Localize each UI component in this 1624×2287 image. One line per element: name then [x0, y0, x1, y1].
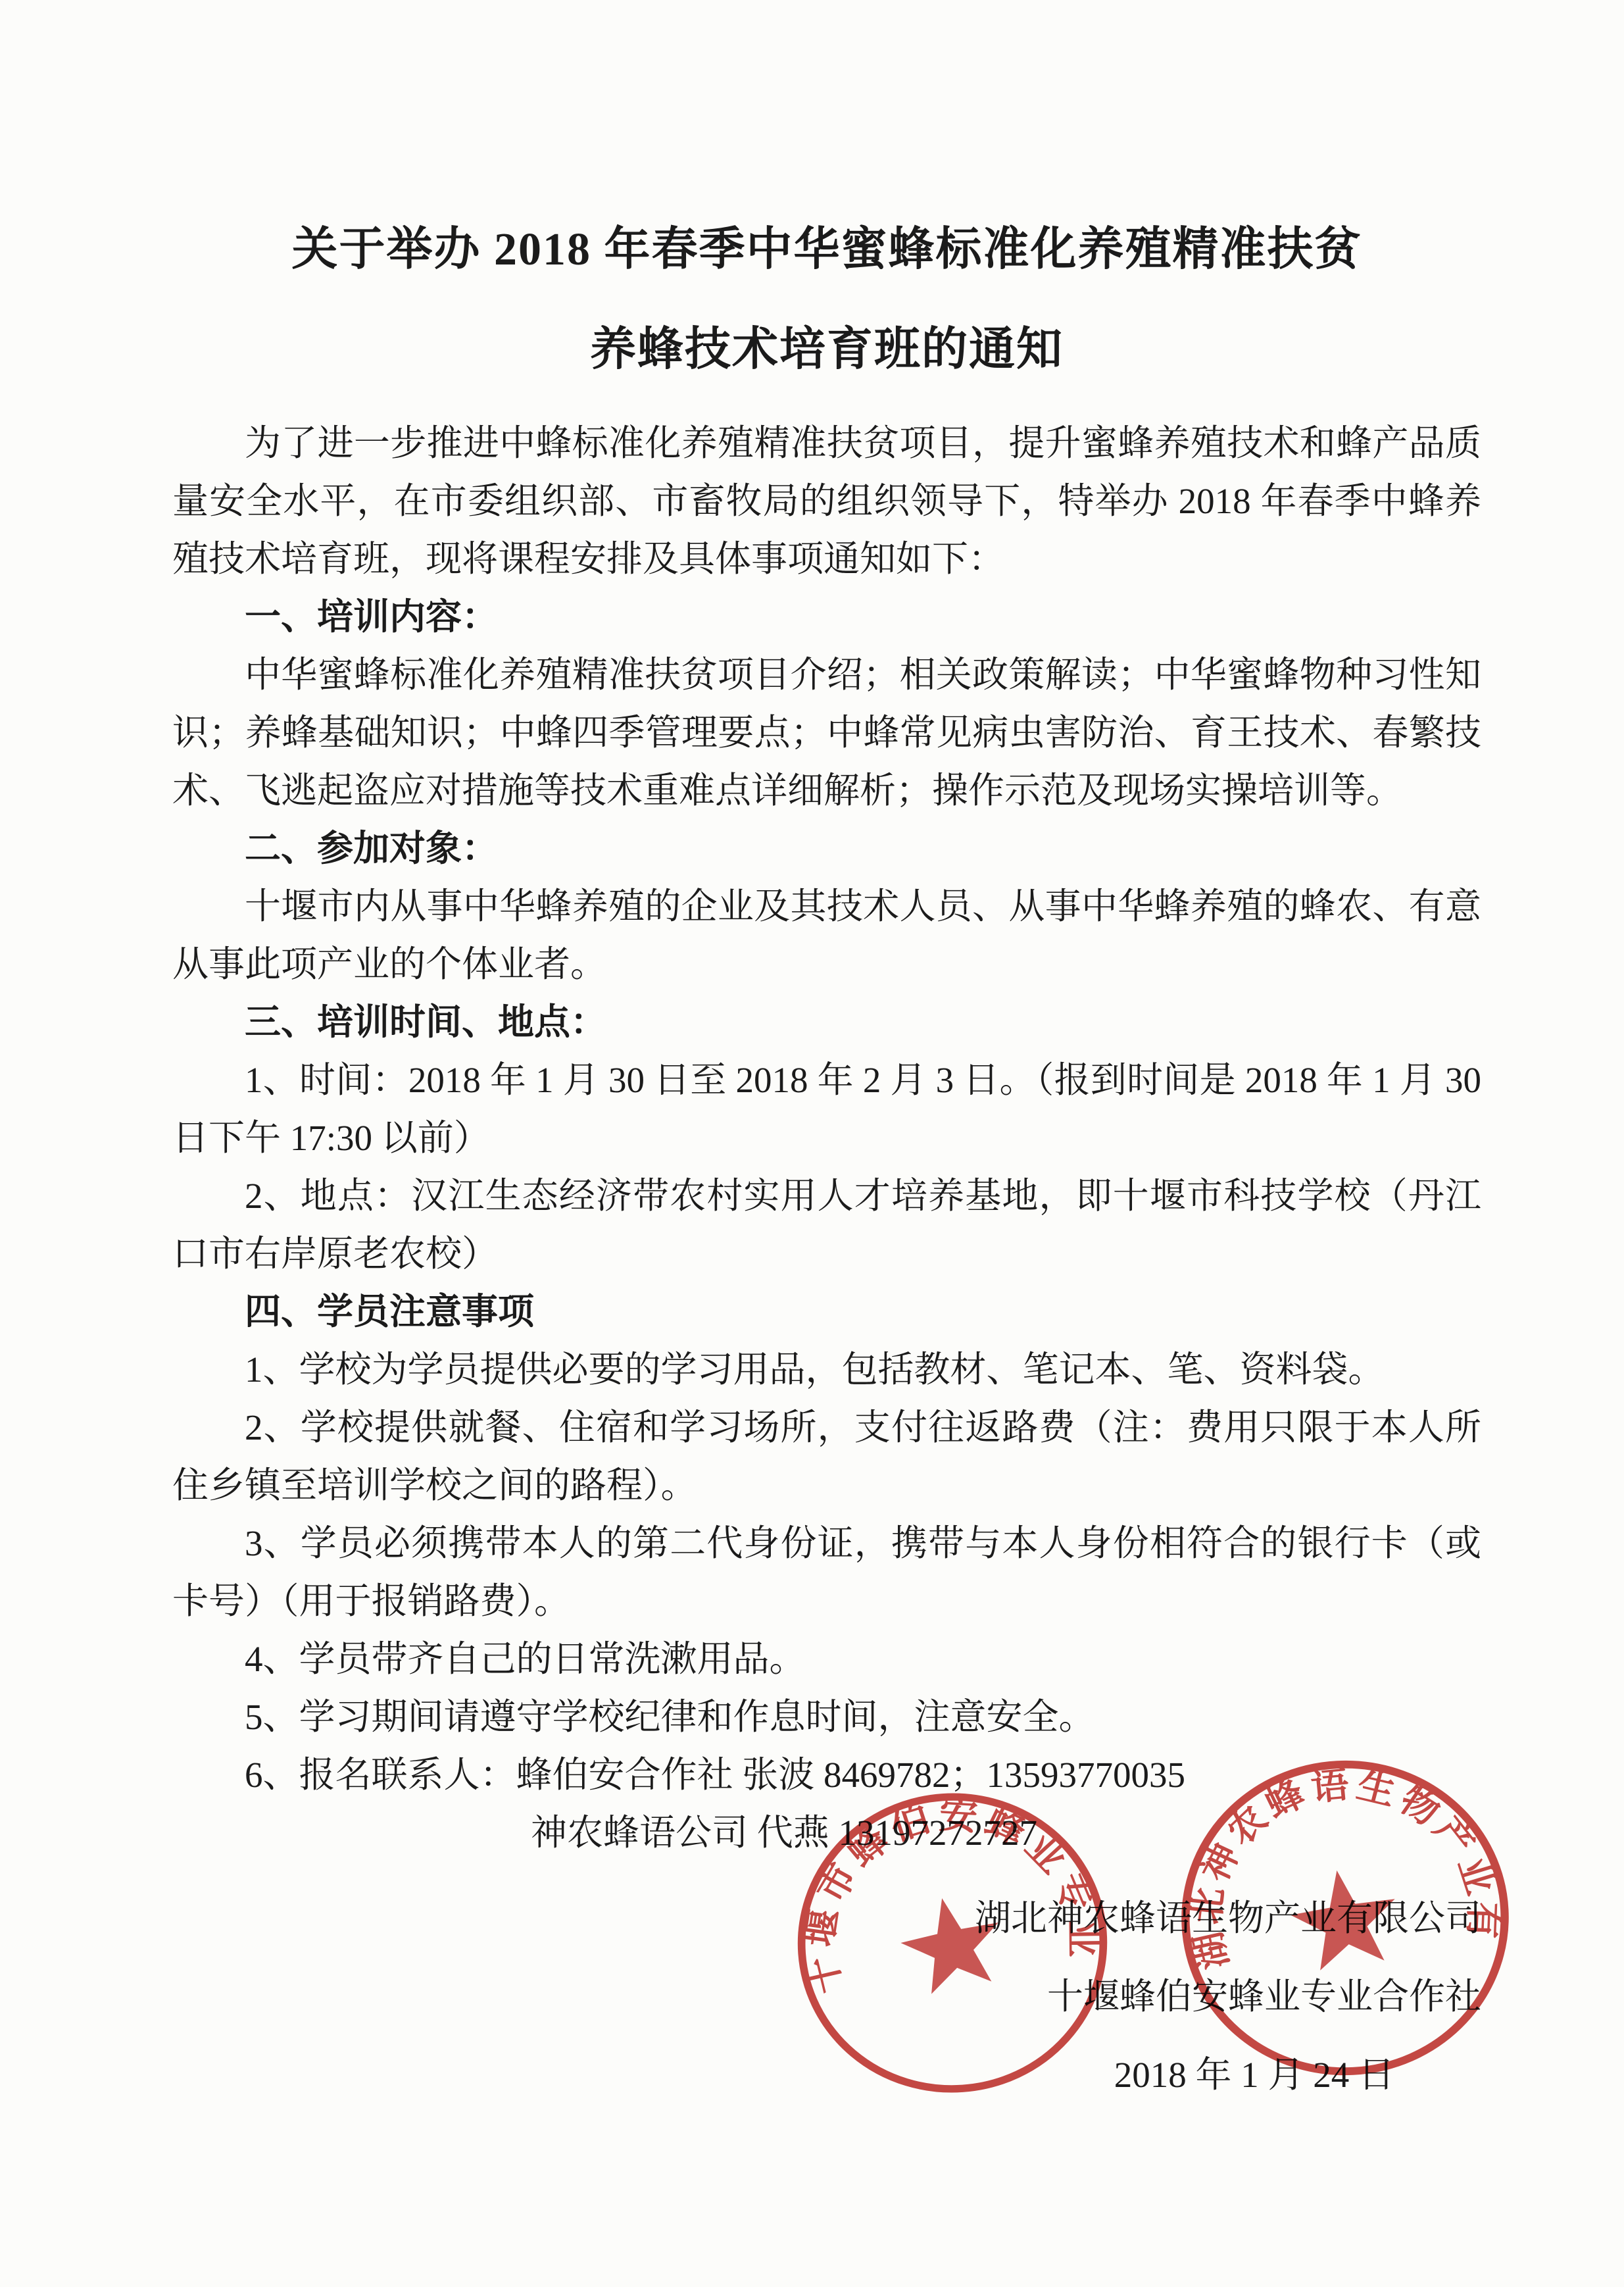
signature-date-row: 2018 年 1 月 24 日 [172, 2036, 1481, 2114]
section-1-paragraph: 中华蜜蜂标准化养殖精准扶贫项目介绍；相关政策解读；中华蜜蜂物种习性知识；养蜂基础… [172, 646, 1481, 820]
section-4-note-3: 3、学员必须携带本人的第二代身份证，携带与本人身份相符合的银行卡（或卡号）（用于… [172, 1515, 1481, 1630]
signature-company: 湖北神农蜂语生物产业有限公司 [172, 1879, 1481, 1957]
contact-second-line: 神农蜂语公司 代燕 13197272727 [172, 1804, 1481, 1862]
section-4-note-4: 4、学员带齐自己的日常洗漱用品。 [172, 1630, 1481, 1688]
section-3-item-time: 1、时间：2018 年 1 月 30 日至 2018 年 2 月 3 日。（报到… [172, 1051, 1481, 1167]
intro-paragraph: 为了进一步推进中蜂标准化养殖精准扶贫项目，提升蜜蜂养殖技术和蜂产品质量安全水平，… [172, 415, 1481, 588]
section-2-paragraph: 十堰市内从事中华蜂养殖的企业及其技术人员、从事中华蜂养殖的蜂农、有意从事此项产业… [172, 878, 1481, 993]
section-4-note-5: 5、学习期间请遵守学校纪律和作息时间，注意安全。 [172, 1688, 1481, 1746]
signature-block: 湖北神农蜂语生物产业有限公司 十堰蜂伯安蜂业专业合作社 2018 年 1 月 2… [172, 1879, 1481, 2114]
document-title-line-2: 养蜂技术培育班的通知 [172, 309, 1481, 391]
section-3-item-place: 2、地点：汉江生态经济带农村实用人才培养基地，即十堰市科技学校（丹江口市右岸原老… [172, 1167, 1481, 1283]
section-4-note-6-contact: 6、报名联系人：蜂伯安合作社 张波 8469782；13593770035 [172, 1746, 1481, 1804]
section-4-note-2: 2、学校提供就餐、住宿和学习场所，支付往返路费（注：费用只限于本人所住乡镇至培训… [172, 1399, 1481, 1515]
section-1-heading: 一、培训内容： [172, 588, 1481, 646]
notice-document-page: 关于举办 2018 年春季中华蜜蜂标准化养殖精准扶贫 养蜂技术培育班的通知 为了… [0, 0, 1624, 2287]
document-content: 关于举办 2018 年春季中华蜜蜂标准化养殖精准扶贫 养蜂技术培育班的通知 为了… [172, 0, 1481, 2114]
section-4-note-1: 1、学校为学员提供必要的学习用品，包括教材、笔记本、笔、资料袋。 [172, 1341, 1481, 1399]
document-body: 为了进一步推进中蜂标准化养殖精准扶贫项目，提升蜜蜂养殖技术和蜂产品质量安全水平，… [172, 415, 1481, 1862]
signature-cooperative: 十堰蜂伯安蜂业专业合作社 [172, 1957, 1481, 2036]
section-3-heading: 三、培训时间、地点： [172, 993, 1481, 1051]
title-gap [172, 291, 1481, 309]
signature-date: 2018 年 1 月 24 日 [1114, 2036, 1394, 2114]
section-4-heading: 四、学员注意事项 [172, 1283, 1481, 1341]
document-title-line-1: 关于举办 2018 年春季中华蜜蜂标准化养殖精准扶贫 [172, 209, 1481, 291]
section-2-heading: 二、参加对象： [172, 820, 1481, 878]
